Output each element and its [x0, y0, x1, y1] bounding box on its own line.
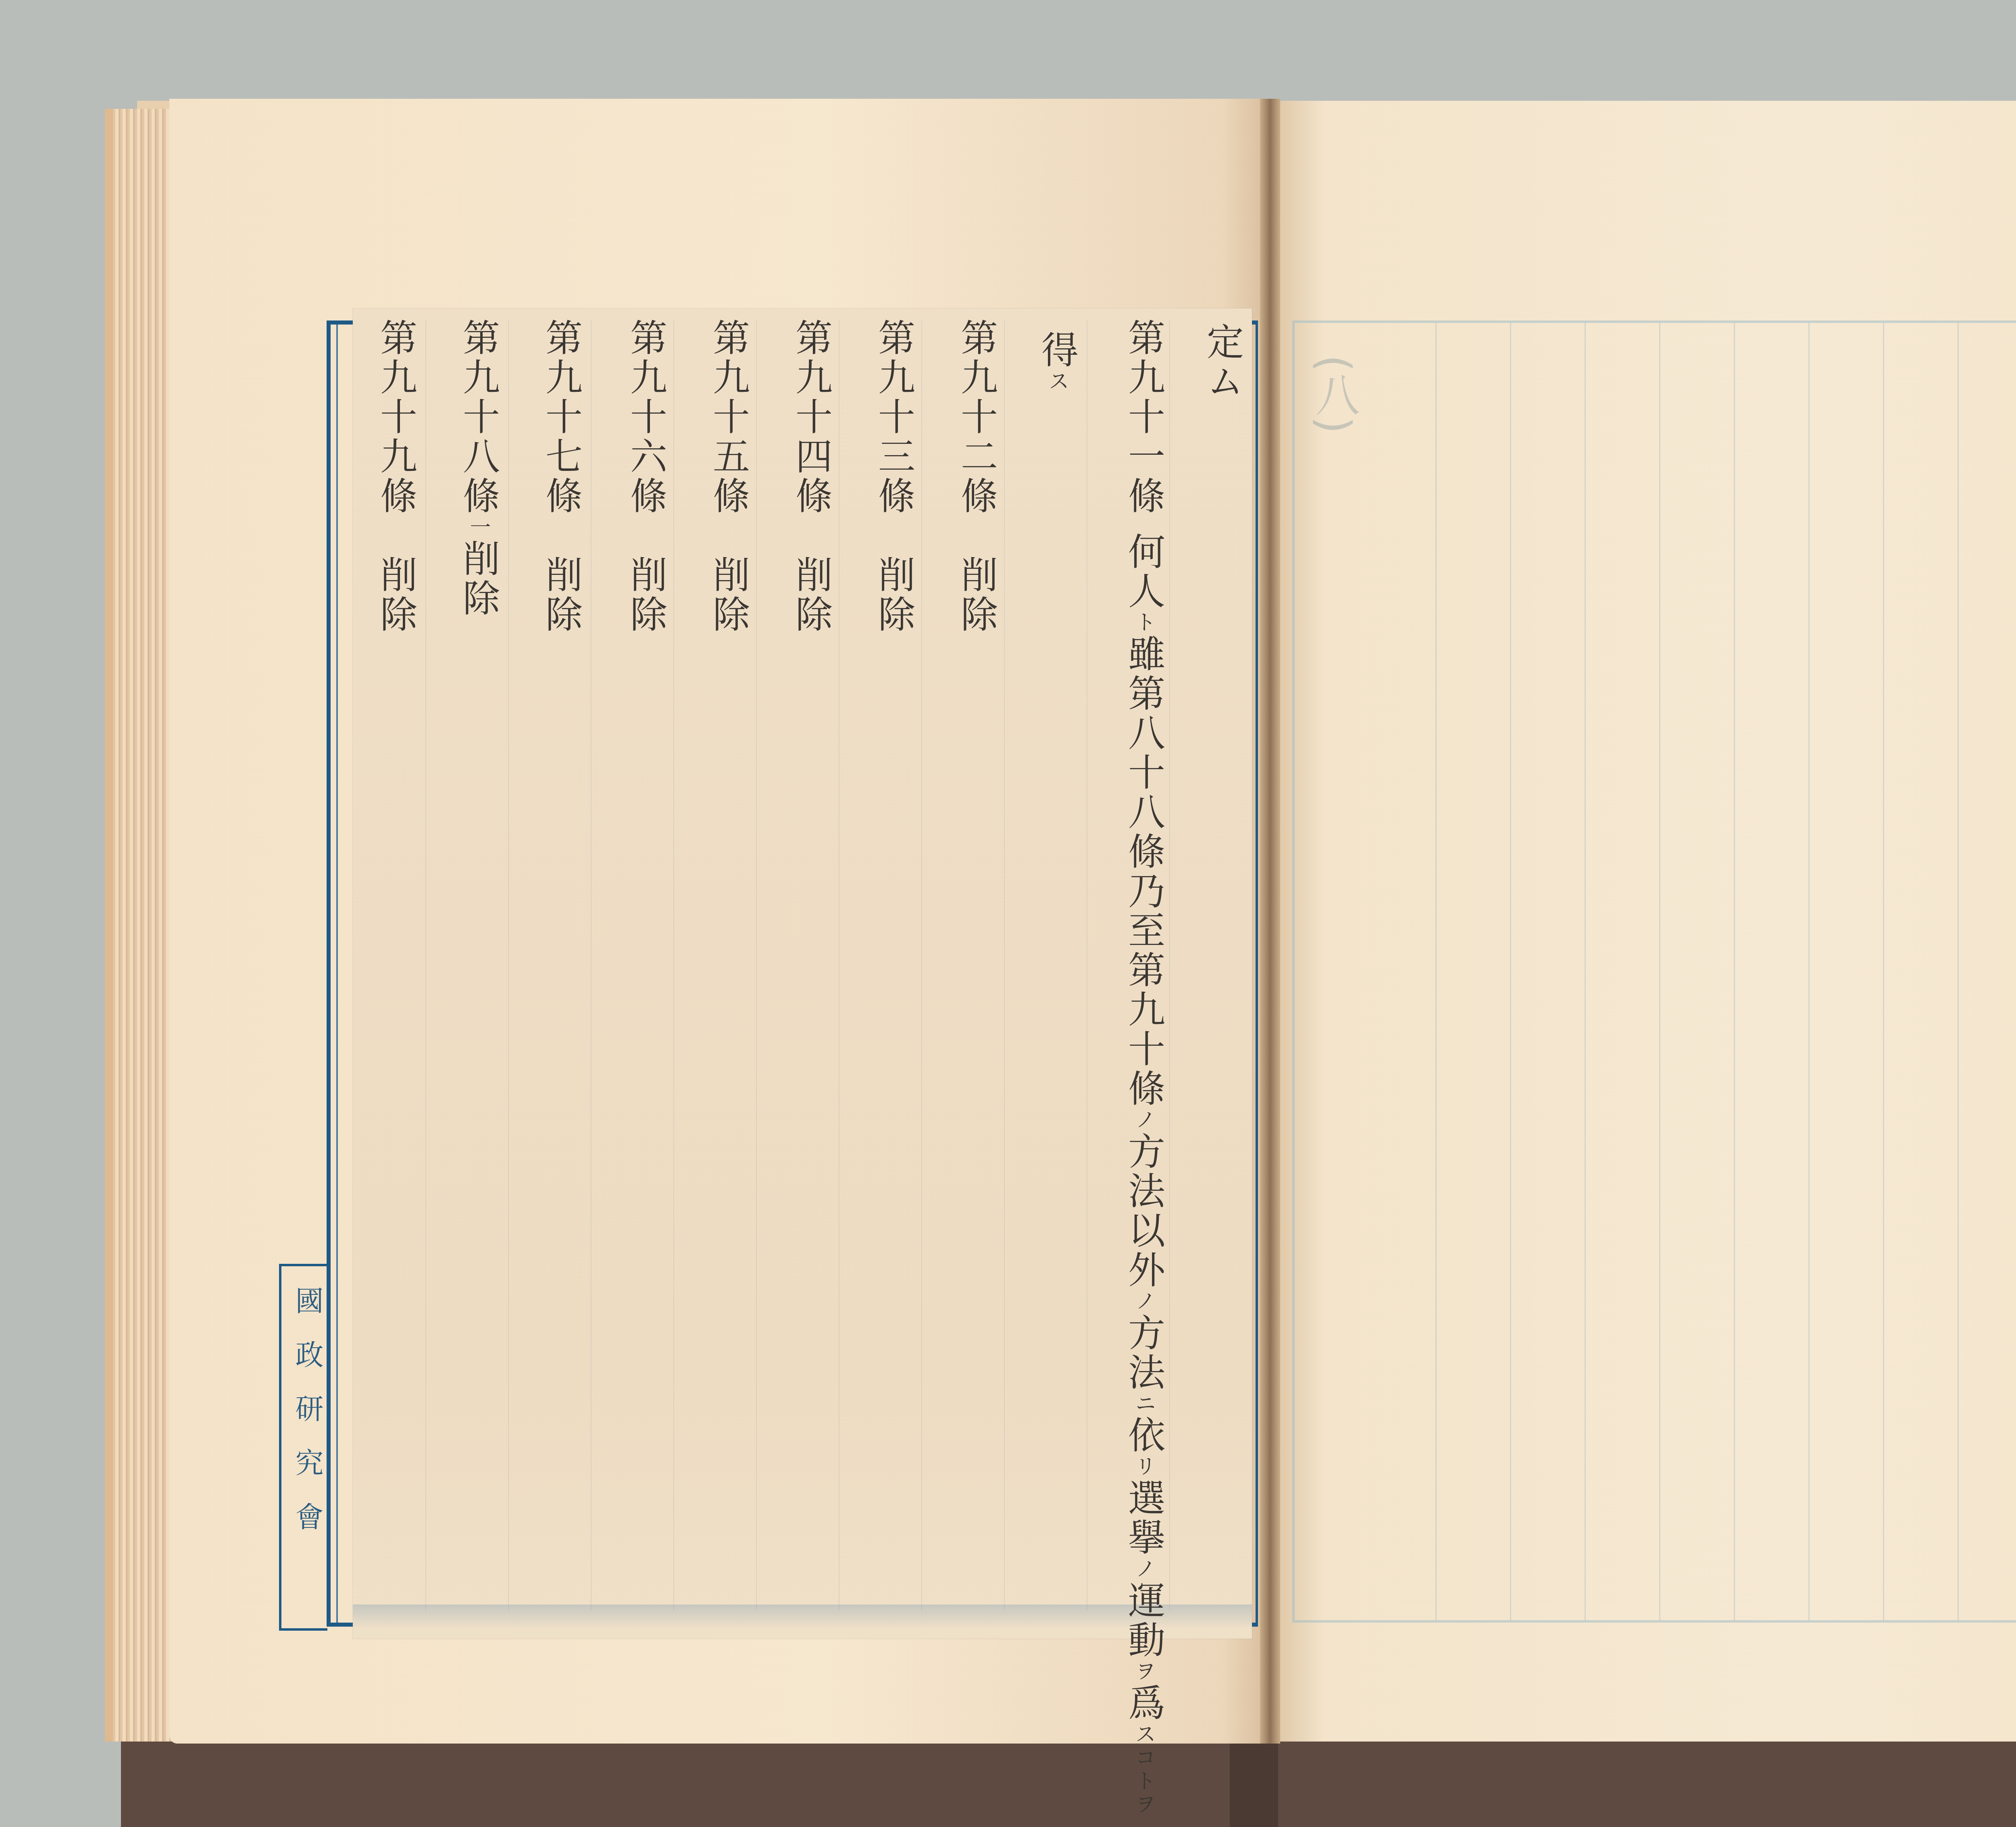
column-text: 運動 — [1122, 1581, 1165, 1660]
column-text: 依 — [1122, 1416, 1165, 1455]
ruled-line — [1808, 323, 1810, 1621]
text-column-article-93: 第九十三條 削除 — [875, 318, 912, 635]
column-text: 第九十四條 削除 — [789, 318, 833, 635]
ruled-line — [921, 320, 922, 1611]
handwritten-note: (八) — [1302, 355, 1366, 434]
kana: ニ — [1131, 1392, 1156, 1416]
text-column-article-92: 第九十二條 削除 — [958, 318, 995, 635]
text-column-3: 得ス — [1038, 331, 1075, 393]
publisher-stamp-text: 國政研究會 — [287, 1286, 328, 1556]
ruled-line — [1087, 320, 1087, 1611]
ruled-line — [425, 320, 426, 1611]
ruled-line — [1958, 323, 1959, 1621]
kana: ノ — [1131, 1558, 1156, 1581]
ruled-line — [1169, 320, 1170, 1611]
column-text: 定ム — [1201, 323, 1244, 402]
ruled-line — [1659, 323, 1660, 1621]
column-text: 選擧 — [1122, 1479, 1165, 1558]
text-column-2-article-91: 第九十一條何人ト雖第八十八條乃至第九十條ノ方法以外ノ方法ニ依リ選擧ノ運動ヲ爲スコ… — [1125, 318, 1162, 1817]
kana: ス — [1045, 370, 1069, 393]
text-column-article-97: 第九十七條 削除 — [542, 318, 579, 635]
table-shadow — [121, 1733, 2016, 1827]
text-column-1: 定ム — [1204, 323, 1241, 402]
ruled-line — [1734, 323, 1735, 1621]
column-text: 方法 — [1122, 1313, 1165, 1392]
kana: ト — [1131, 611, 1156, 635]
column-text: 第九十二條 削除 — [955, 318, 998, 635]
text-column-article-95: 第九十五條 削除 — [710, 318, 747, 635]
column-text: 第九十五條 削除 — [707, 318, 750, 635]
column-text: 得 — [1035, 331, 1079, 370]
ruled-line — [1510, 323, 1511, 1621]
column-text: 第九十三條 削除 — [872, 318, 915, 635]
slip-bottom-edge — [353, 1604, 1252, 1629]
column-text: 削除 — [457, 539, 500, 618]
column-text: 爲 — [1122, 1683, 1165, 1723]
ruled-line — [673, 320, 674, 1611]
column-text: 第九十九條 削除 — [374, 318, 417, 635]
kana: ノ — [1131, 1109, 1156, 1132]
text-column-article-99: 第九十九條 削除 — [377, 318, 414, 635]
column-text: 何人 — [1122, 532, 1165, 611]
column-text: 雖第八十八條乃至第九十條 — [1122, 635, 1165, 1109]
column-text: 方法以外 — [1122, 1132, 1165, 1290]
ruled-line — [508, 320, 509, 1611]
ruled-line — [839, 320, 839, 1611]
ruled-line — [1435, 323, 1437, 1621]
right-page-printed-frame — [1292, 320, 2016, 1623]
text-column-article-94: 第九十四條 削除 — [792, 318, 829, 635]
kana: ノ — [1131, 1290, 1156, 1313]
ruled-line — [1585, 323, 1586, 1621]
mark: 一 — [466, 516, 490, 539]
text-column-article-98: 第九十八條一削除 — [460, 318, 497, 618]
ruled-line — [756, 320, 757, 1611]
column-text: 第九十六條 削除 — [624, 318, 667, 635]
kana: ヲ — [1131, 1660, 1156, 1683]
ruled-line — [1883, 323, 1884, 1621]
ruled-line — [591, 320, 591, 1611]
ruled-line — [1004, 320, 1005, 1611]
kana: スコトヲ — [1131, 1723, 1156, 1817]
kana: リ — [1131, 1455, 1156, 1479]
text-column-article-96: 第九十六條 削除 — [627, 318, 664, 635]
article-number: 第九十一條 — [1122, 318, 1165, 516]
column-text: 第九十八條 — [457, 318, 500, 516]
book-gutter — [1260, 99, 1280, 1744]
column-text: 第九十七條 削除 — [539, 318, 583, 635]
